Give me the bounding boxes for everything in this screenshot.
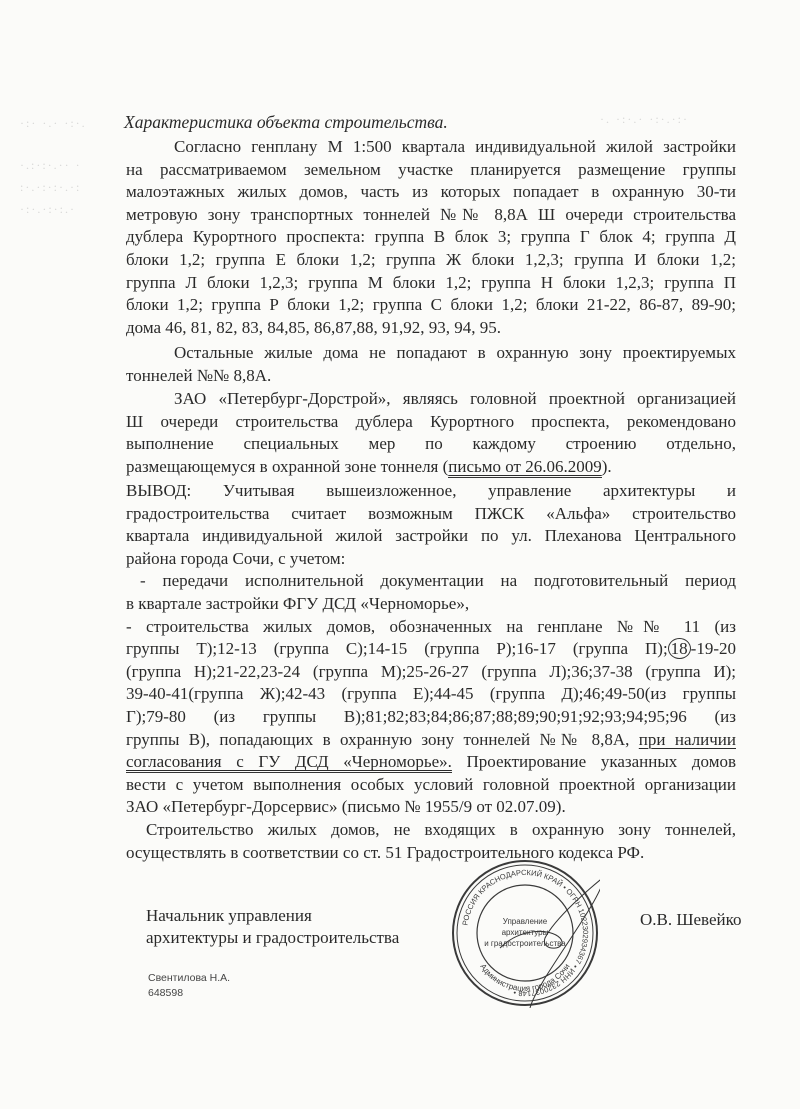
text-fragment: группы Т);12-13 (группа С);14-15 (группа…	[126, 639, 668, 658]
text-line: ВЫВОД: Учитывая вышеизложенное, управлен…	[126, 480, 736, 503]
text-line: градостроительства считает возможным ПЖС…	[126, 503, 736, 526]
position-line: Начальник управления	[146, 905, 399, 927]
paragraph-object-characteristics: Согласно генплану М 1:500 квартала индив…	[126, 136, 736, 339]
paragraph-other-houses: Остальные жилые дома не попадают в охран…	[126, 342, 736, 387]
executor-phone: 648598	[148, 986, 230, 1001]
stamp-center-text: архитектуры	[502, 928, 549, 937]
paragraph-conclusion: ВЫВОД: Учитывая вышеизложенное, управлен…	[126, 480, 736, 864]
text-line: согласования с ГУ ДСД «Черноморье». Прое…	[126, 751, 736, 774]
text-line: дублера Курортного проспекта: группа В б…	[126, 226, 736, 249]
executor-info: Свентилова Н.А. 648598	[148, 971, 230, 1001]
paragraph-dorstroy: ЗАО «Петербург-Дорстрой», являясь головн…	[126, 388, 736, 478]
stamp-center-text: и градостроительства	[484, 939, 566, 948]
text-line: группа Л блоки 1,2,3; группа М блоки 1,2…	[126, 272, 736, 295]
text-line: (группа Н);21-22,23-24 (группа М);25-26-…	[126, 661, 736, 684]
text-line: блоки 1,2; группа Р блоки 1,2; группа С …	[126, 294, 736, 317]
approval-condition-underlined: при наличии	[639, 730, 736, 749]
scan-noise: ·:· ·.· ·:·.	[20, 116, 87, 131]
text-fragment: группы В), попадающих в охранную зону то…	[126, 730, 639, 749]
text-line: группы Т);12-13 (группа С);14-15 (группа…	[126, 638, 736, 661]
scan-noise: ·.:·:·.·· ·	[20, 158, 82, 173]
text-line: района города Сочи, с учетом:	[126, 548, 736, 571]
scan-noise: ·:·.·:·:.·	[20, 202, 76, 217]
text-line: метровую зону транспортных тоннелей №№ 8…	[126, 204, 736, 227]
text-line: Строительство жилых домов, не входящих в…	[126, 819, 736, 842]
signatory-position: Начальник управления архитектуры и градо…	[146, 905, 399, 949]
text-line: Г);79-80 (из группы В);81;82;83;84;86;87…	[126, 706, 736, 729]
text-line: малоэтажных жилых домов, часть из которы…	[126, 181, 736, 204]
official-stamp-icon: РОССИЯ КРАСНОДАРСКИЙ КРАЙ • ОГРН 1022302…	[450, 858, 600, 1008]
scan-noise: ·. ·:·.· ·:·.·:·	[600, 112, 689, 127]
signatory-name: О.В. Шевейко	[640, 910, 742, 930]
text-line: группы В), попадающих в охранную зону то…	[126, 729, 736, 752]
scan-noise: :·.·:·:·.·:	[20, 180, 81, 195]
position-line: архитектуры и градостроительства	[146, 927, 399, 949]
text-line: тоннелей №№ 8,8А.	[126, 365, 736, 388]
text-fragment: Проектирование указанных домов	[452, 752, 736, 771]
circled-number: 18	[668, 638, 691, 659]
text-fragment: -19-20	[691, 639, 736, 658]
executor-name: Свентилова Н.А.	[148, 971, 230, 986]
bullet-item: - передачи исполнительной документации н…	[126, 570, 736, 593]
text-line: вести с учетом выполнения особых условий…	[126, 774, 736, 797]
text-line: осуществлять в соответствии со ст. 51 Гр…	[126, 842, 736, 865]
stamp-center-text: Управление	[503, 917, 548, 926]
text-line: 39-40-41(группа Ж);42-43 (группа Е);44-4…	[126, 683, 736, 706]
text-fragment: ).	[602, 457, 612, 476]
text-line: квартала индивидуальной жилой застройки …	[126, 525, 736, 548]
text-line: в квартале застройки ФГУ ДСД «Черноморье…	[126, 593, 736, 616]
letter-reference-underlined: письмо от 26.06.2009	[448, 457, 601, 478]
text-line: Ш очереди строительства дублера Курортно…	[126, 411, 736, 434]
text-line: ЗАО «Петербург-Дорстрой», являясь головн…	[126, 388, 736, 411]
text-line: на рассматриваемом земельном участке пла…	[126, 159, 736, 182]
text-line: блоки 1,2; группа Е блоки 1,2; группа Ж …	[126, 249, 736, 272]
text-line: Согласно генплану М 1:500 квартала индив…	[126, 136, 736, 159]
bullet-item: - строительства жилых домов, обозначенны…	[126, 616, 736, 639]
approval-condition-underlined: согласования с ГУ ДСД «Черноморье».	[126, 752, 452, 773]
text-line: размещающемуся в охранной зоне тоннеля (…	[126, 456, 736, 479]
text-line: ЗАО «Петербург-Дорсервис» (письмо № 1955…	[126, 796, 736, 819]
section-heading: Характеристика объекта строительства.	[124, 112, 448, 133]
text-fragment: размещающемуся в охранной зоне тоннеля (	[126, 457, 448, 476]
text-line: Остальные жилые дома не попадают в охран…	[126, 342, 736, 365]
document-page: ·:· ·.· ·:·. ·.:·:·.·· · :·.·:·:·.·: ·:·…	[0, 0, 800, 1109]
text-line: дома 46, 81, 82, 83, 84,85, 86,87,88, 91…	[126, 317, 736, 340]
text-line: выполнение специальных мер по каждому ст…	[126, 433, 736, 456]
